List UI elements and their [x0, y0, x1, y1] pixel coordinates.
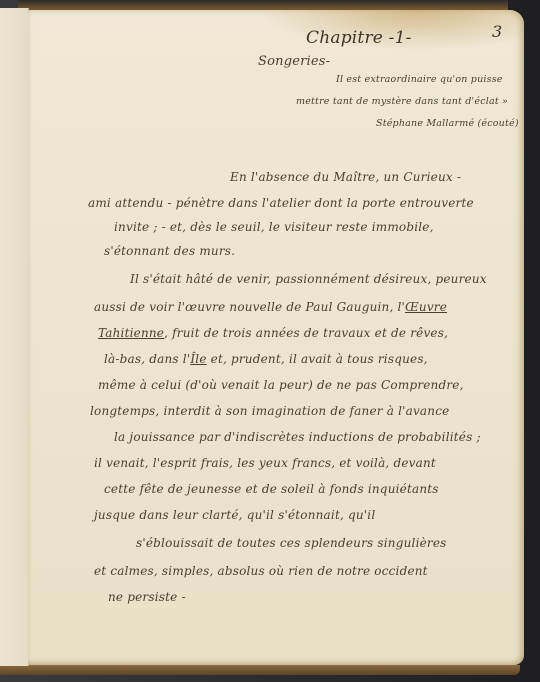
text-line: Il s'était hâté de venir, passionnément … [130, 272, 487, 286]
underlined-word: Tahitienne [98, 326, 164, 340]
page-number: 3 [492, 22, 502, 41]
text-line: aussi de voir l'œuvre nouvelle de Paul G… [94, 300, 447, 314]
text-line: longtemps, interdit à son imagination de… [90, 404, 449, 418]
section-title: Songeries- [258, 54, 330, 69]
epigraph-attribution: Stéphane Mallarmé (écouté) [376, 118, 519, 129]
text-line: s'éblouissait de toutes ces splendeurs s… [136, 536, 447, 550]
text-line: la jouissance par d'indiscrètes inductio… [114, 430, 481, 444]
underlined-word: Œuvre [405, 300, 447, 314]
text-line: invite ; - et, dès le seuil, le visiteur… [114, 220, 434, 234]
epigraph-note: (écouté) [478, 118, 519, 129]
text-line: et calmes, simples, absolus où rien de n… [94, 564, 428, 578]
chapter-title: Chapitre -1- [306, 28, 412, 48]
book-top-edge [18, 0, 508, 10]
text-line: ne persiste - [108, 590, 186, 604]
epigraph-line: mettre tant de mystère dans tant d'éclat… [296, 96, 508, 107]
book-cover-edge [0, 665, 520, 675]
text-line: il venait, l'esprit frais, les yeux fran… [94, 456, 436, 470]
underlined-word: Île [190, 352, 206, 366]
text-line: En l'absence du Maître, un Curieux - [230, 170, 461, 184]
manuscript-page: 3 Chapitre -1- Songeries- Il est extraor… [28, 10, 524, 665]
text-line: s'étonnant des murs. [104, 244, 235, 258]
facing-page-edge [0, 8, 29, 666]
text-segment: , fruit de trois années de travaux et de… [164, 326, 448, 340]
text-line: même à celui (d'où venait la peur) de ne… [98, 378, 464, 392]
text-segment: et, prudent, il avait à tous risques, [207, 352, 428, 366]
text-segment: aussi de voir l'œuvre nouvelle de Paul G… [94, 300, 405, 314]
text-line: cette fête de jeunesse et de soleil à fo… [104, 482, 439, 496]
text-line: Tahitienne, fruit de trois années de tra… [98, 326, 448, 340]
text-line: ami attendu - pénètre dans l'atelier don… [88, 196, 474, 210]
text-line: jusque dans leur clarté, qu'il s'étonnai… [94, 508, 375, 522]
epigraph-line: Il est extraordinaire qu'on puisse [336, 74, 503, 85]
text-segment: là-bas, dans l' [104, 352, 190, 366]
epigraph-author: Stéphane Mallarmé [376, 118, 474, 129]
text-line: là-bas, dans l'Île et, prudent, il avait… [104, 352, 428, 366]
